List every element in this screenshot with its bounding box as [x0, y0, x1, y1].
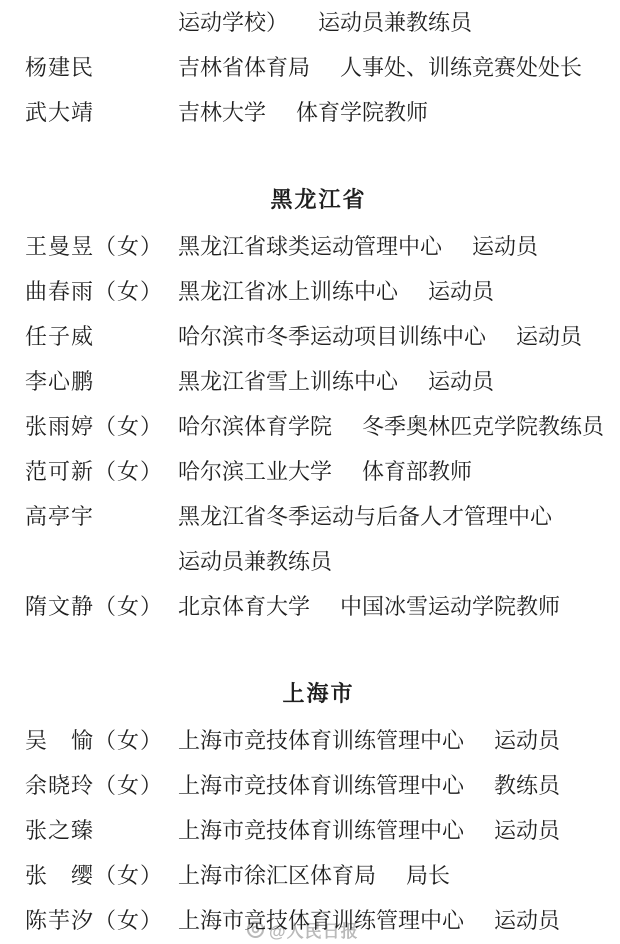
person-organization: 吉林大学 — [178, 90, 266, 135]
person-name: 张雨婷（女） — [25, 404, 178, 449]
person-name: 高亭宇 — [25, 494, 178, 584]
person-title: 局长 — [406, 853, 450, 898]
person-organization: 上海市竞技体育训练管理中心 — [178, 898, 464, 943]
list-item: 余晓玲（女）上海市竞技体育训练管理中心教练员 — [25, 763, 612, 808]
person-title: 运动员 — [494, 898, 560, 943]
person-title: 体育学院教师 — [296, 90, 428, 135]
person-title: 运动员兼教练员 — [178, 539, 332, 584]
person-organization: 哈尔滨市冬季运动项目训练中心 — [178, 314, 486, 359]
person-title: 运动员 — [428, 269, 494, 314]
list-item: 高亭宇黑龙江省冬季运动与后备人才管理中心运动员兼教练员 — [25, 494, 612, 584]
person-title: 人事处、训练竞赛处处长 — [340, 45, 582, 90]
person-organization: 哈尔滨体育学院 — [178, 404, 332, 449]
person-name: 范可新（女） — [25, 449, 178, 494]
list-item: 杨建民吉林省体育局人事处、训练竞赛处处长 — [25, 45, 612, 90]
person-name: 吴 愉（女） — [25, 718, 178, 763]
list-item: 李心鹏黑龙江省雪上训练中心运动员 — [25, 359, 612, 404]
person-name: 李心鹏 — [25, 359, 178, 404]
person-title: 教练员 — [494, 763, 560, 808]
list-item: 隋文静（女）北京体育大学中国冰雪运动学院教师 — [25, 584, 612, 629]
list-item: 张之臻上海市竞技体育训练管理中心运动员 — [25, 808, 612, 853]
person-entry: 上海市竞技体育训练管理中心教练员 — [178, 763, 612, 808]
person-entry: 黑龙江省冰上训练中心运动员 — [178, 269, 612, 314]
person-name: 余晓玲（女） — [25, 763, 178, 808]
person-title: 运动员 — [516, 314, 582, 359]
person-entry: 黑龙江省雪上训练中心运动员 — [178, 359, 612, 404]
person-organization: 上海市竞技体育训练管理中心 — [178, 808, 464, 853]
list-item: 范可新（女）哈尔滨工业大学体育部教师 — [25, 449, 612, 494]
person-entry: 吉林省体育局人事处、训练竞赛处处长 — [178, 45, 612, 90]
section-header: 上海市 — [25, 671, 612, 716]
person-name: 武大靖 — [25, 90, 178, 135]
person-organization: 运动学校） — [178, 0, 288, 45]
person-title: 中国冰雪运动学院教师 — [340, 584, 560, 629]
person-organization: 上海市竞技体育训练管理中心 — [178, 718, 464, 763]
list-item: 运动学校）运动员兼教练员 — [25, 0, 612, 45]
list-item: 张 缨（女）上海市徐汇区体育局局长 — [25, 853, 612, 898]
person-entry: 运动学校）运动员兼教练员 — [178, 0, 612, 45]
section-header: 黑龙江省 — [25, 177, 612, 222]
person-name: 陈芋汐（女） — [25, 898, 178, 943]
person-entry: 哈尔滨体育学院冬季奥林匹克学院教练员 — [178, 404, 612, 449]
roster-list: 运动学校）运动员兼教练员杨建民吉林省体育局人事处、训练竞赛处处长武大靖吉林大学体… — [0, 0, 620, 944]
person-name: 杨建民 — [25, 45, 178, 90]
person-organization: 上海市徐汇区体育局 — [178, 853, 376, 898]
person-name: 张之臻 — [25, 808, 178, 853]
person-name: 曲春雨（女） — [25, 269, 178, 314]
person-entry: 上海市徐汇区体育局局长 — [178, 853, 612, 898]
person-organization: 上海市竞技体育训练管理中心 — [178, 763, 464, 808]
person-entry: 北京体育大学中国冰雪运动学院教师 — [178, 584, 612, 629]
list-item: 吴 愉（女）上海市竞技体育训练管理中心运动员 — [25, 718, 612, 763]
person-entry: 黑龙江省冬季运动与后备人才管理中心运动员兼教练员 — [178, 494, 612, 584]
person-name: 张 缨（女） — [25, 853, 178, 898]
person-organization: 黑龙江省冬季运动与后备人才管理中心 — [178, 494, 552, 539]
list-item: 王曼昱（女）黑龙江省球类运动管理中心运动员 — [25, 224, 612, 269]
person-organization: 黑龙江省冰上训练中心 — [178, 269, 398, 314]
person-organization: 吉林省体育局 — [178, 45, 310, 90]
person-organization: 黑龙江省雪上训练中心 — [178, 359, 398, 404]
person-title: 运动员 — [494, 808, 560, 853]
person-entry: 上海市竞技体育训练管理中心运动员 — [178, 808, 612, 853]
person-title: 运动员 — [472, 224, 538, 269]
person-entry: 上海市竞技体育训练管理中心运动员 — [178, 718, 612, 763]
person-name: 王曼昱（女） — [25, 224, 178, 269]
person-entry: 上海市竞技体育训练管理中心运动员 — [178, 898, 612, 943]
list-item: 任子威哈尔滨市冬季运动项目训练中心运动员 — [25, 314, 612, 359]
list-item: 武大靖吉林大学体育学院教师 — [25, 90, 612, 135]
list-item: 陈芋汐（女）上海市竞技体育训练管理中心运动员 — [25, 898, 612, 943]
person-organization: 北京体育大学 — [178, 584, 310, 629]
person-title: 运动员 — [428, 359, 494, 404]
person-entry: 哈尔滨市冬季运动项目训练中心运动员 — [178, 314, 612, 359]
person-organization: 黑龙江省球类运动管理中心 — [178, 224, 442, 269]
person-entry: 吉林大学体育学院教师 — [178, 90, 612, 135]
list-item: 曲春雨（女）黑龙江省冰上训练中心运动员 — [25, 269, 612, 314]
person-title: 冬季奥林匹克学院教练员 — [362, 404, 604, 449]
person-name: 隋文静（女） — [25, 584, 178, 629]
person-organization: 哈尔滨工业大学 — [178, 449, 332, 494]
person-name: 任子威 — [25, 314, 178, 359]
person-title: 运动员 — [494, 718, 560, 763]
list-item: 张雨婷（女）哈尔滨体育学院冬季奥林匹克学院教练员 — [25, 404, 612, 449]
document-page: 运动学校）运动员兼教练员杨建民吉林省体育局人事处、训练竞赛处处长武大靖吉林大学体… — [0, 0, 620, 944]
person-title: 运动员兼教练员 — [318, 0, 472, 45]
person-entry: 黑龙江省球类运动管理中心运动员 — [178, 224, 612, 269]
person-entry: 哈尔滨工业大学体育部教师 — [178, 449, 612, 494]
person-name — [25, 0, 178, 45]
person-title: 体育部教师 — [362, 449, 472, 494]
